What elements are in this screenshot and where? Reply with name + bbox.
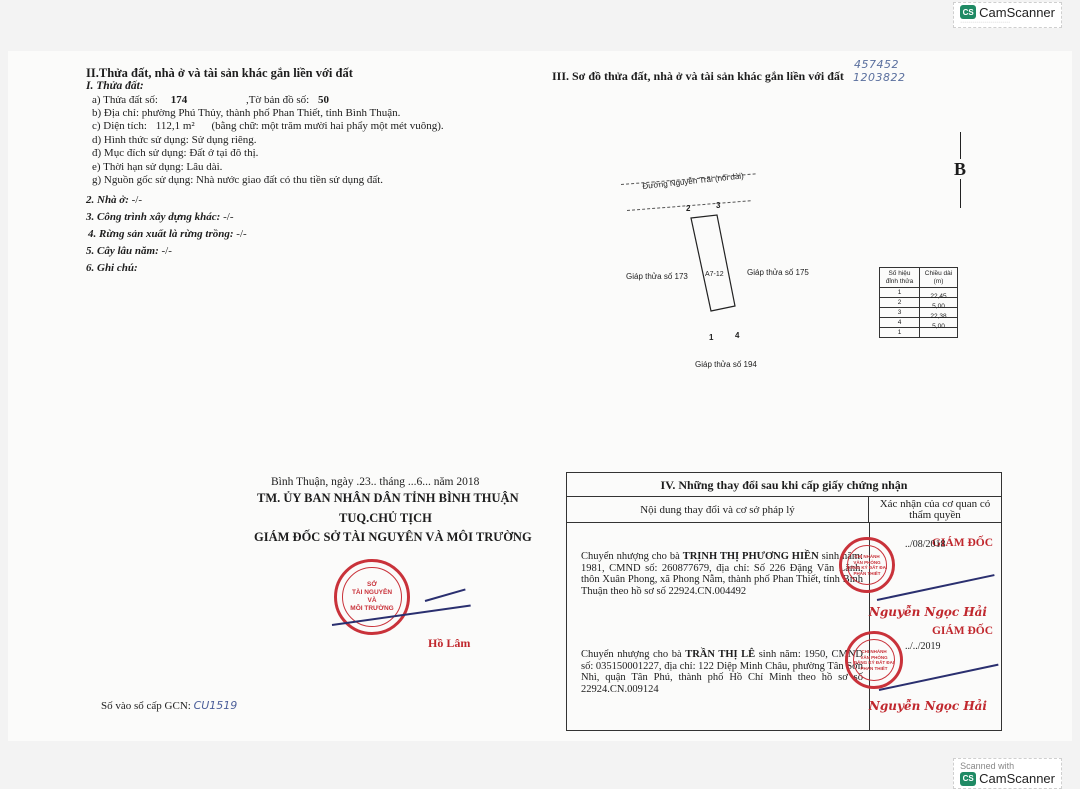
neighbor-south: Giáp thửa số 194	[695, 360, 757, 369]
edge-length-table: Số hiệu đỉnh thửa Chiều dài (m) 122,4525…	[879, 267, 958, 338]
signing-title: GIÁM ĐỐC SỞ TÀI NGUYÊN VÀ MÔI TRƯỜNG	[254, 530, 532, 545]
signing-authority: TM. ỦY BAN NHÂN DÂN TỈNH BÌNH THUẬN	[257, 491, 519, 506]
watermark-label: Scanned with	[960, 761, 1014, 771]
section-3-title: III. Sơ đồ thửa đất, nhà ở và tài sản kh…	[552, 69, 844, 84]
perennial-tree-item: 5. Cây lâu năm: -/-	[86, 245, 172, 257]
confirm-title-2: GIÁM ĐỐC	[932, 625, 993, 637]
edge-table-row: 322,38	[880, 308, 958, 318]
edge-table-row: 45,00	[880, 318, 958, 328]
area-value: 112,1 m²	[156, 120, 195, 132]
watermark-dots: ·························	[960, 20, 1010, 26]
edge-table-row: 25,00	[880, 298, 958, 308]
camscanner-logo-icon: CS	[960, 5, 976, 19]
handwritten-code-1: 457452	[854, 58, 899, 71]
confirm-name-1: Nguyễn Ngọc Hải	[869, 605, 987, 619]
change-entry-1: Chuyển nhượng cho bà TRỊNH THỊ PHƯƠNG HI…	[581, 551, 863, 597]
changes-body: Chuyển nhượng cho bà TRỊNH THỊ PHƯƠNG HI…	[567, 523, 1001, 730]
forest-item: 4. Rừng sản xuất là rừng trồng: -/-	[88, 228, 247, 240]
header-confirm: Xác nhận của cơ quan có thẩm quyền	[869, 497, 1001, 522]
gcn-number: CU1519	[194, 699, 238, 712]
changes-table: IV. Những thay đổi sau khi cấp giấy chứn…	[566, 472, 1002, 731]
camscanner-logo-icon: CS	[960, 772, 976, 786]
camscanner-watermark-top: CS CamScanner ·························	[953, 2, 1062, 28]
branch-signature-1	[877, 574, 995, 601]
section-2-title: II.Thửa đất, nhà ở và tài sản khác gắn l…	[86, 66, 353, 81]
parcel-number: 174	[171, 94, 188, 106]
vertex-2: 2	[686, 204, 690, 213]
house-item: 2. Nhà ở: -/-	[86, 194, 142, 206]
north-label: B	[954, 159, 966, 179]
map-sheet-number: 50	[318, 94, 329, 106]
branch-stamp-1: CHI NHÁNH VĂN PHÒNG ĐĂNG KÝ ĐẤT ĐAI PHAN…	[839, 537, 895, 593]
other-construction-item: 3. Công trình xây dựng khác: -/-	[86, 211, 233, 223]
area-words: (bằng chữ: một trăm mười hai phẩy một mé…	[211, 120, 443, 132]
parcel-code: A7-12	[705, 271, 724, 278]
change-entry-2: Chuyển nhượng cho bà TRẦN THỊ LÊ sinh nă…	[581, 649, 863, 695]
signer-name: Hồ Lâm	[428, 636, 470, 651]
usage-purpose-row: đ) Mục đích sử dụng: Đất ở tại đô thị.	[92, 147, 258, 159]
vertex-3: 3	[716, 201, 720, 210]
header-content: Nội dung thay đổi và cơ sở pháp lý	[567, 497, 869, 522]
confirm-date-1: ../08/2018	[905, 539, 946, 550]
section-4-title: IV. Những thay đổi sau khi cấp giấy chứn…	[567, 473, 1001, 497]
neighbor-west: Giáp thửa số 173	[626, 272, 688, 281]
area-row: c) Diện tích: 112,1 m² (bằng chữ: một tr…	[92, 120, 444, 132]
edge-table-row: 122,45	[880, 288, 958, 298]
address-row: b) Địa chỉ: phường Phú Thủy, thành phố P…	[92, 107, 400, 119]
edge-table-row: 1	[880, 328, 958, 338]
branch-stamp-2: CHI NHÁNH VĂN PHÒNG ĐĂNG KÝ ĐẤT ĐAI PHAN…	[845, 631, 903, 689]
confirm-name-2: Nguyễn Ngọc Hải	[869, 699, 987, 713]
issue-date: Bình Thuận, ngày .23.. tháng ...6... năm…	[271, 476, 479, 488]
confirm-date-2: ../../2019	[905, 641, 941, 652]
header-length: Chiều dài (m)	[920, 268, 958, 288]
changes-header: Nội dung thay đổi và cơ sở pháp lý Xác n…	[567, 497, 1001, 523]
vertex-4: 4	[735, 331, 739, 340]
header-vertex: Số hiệu đỉnh thửa	[880, 268, 920, 288]
land-heading: I. Thửa đất:	[86, 80, 144, 92]
camscanner-brand: CamScanner	[979, 771, 1055, 786]
camscanner-brand: CamScanner	[979, 5, 1055, 20]
camscanner-watermark-bottom: Scanned with CS CamScanner	[953, 758, 1062, 789]
usage-form-row: d) Hình thức sử dụng: Sử dụng riêng.	[92, 134, 257, 146]
usage-origin-row: g) Nguồn gốc sử dụng: Nhà nước giao đất …	[92, 174, 383, 186]
parcel-number-row: a) Thửa đất số: 174 ,Tờ bản đồ số: 50	[92, 94, 329, 106]
note-item: 6. Ghi chú:	[86, 262, 138, 274]
signing-delegation: TUQ.CHỦ TỊCH	[339, 511, 432, 526]
neighbor-east: Giáp thửa số 175	[747, 268, 809, 277]
handwritten-code-2: 1203822	[853, 71, 906, 84]
vertex-1: 1	[709, 333, 713, 342]
usage-term-row: e) Thời hạn sử dụng: Lâu dài.	[92, 161, 222, 173]
gcn-registry: Số vào sổ cấp GCN: CU1519	[101, 699, 237, 712]
